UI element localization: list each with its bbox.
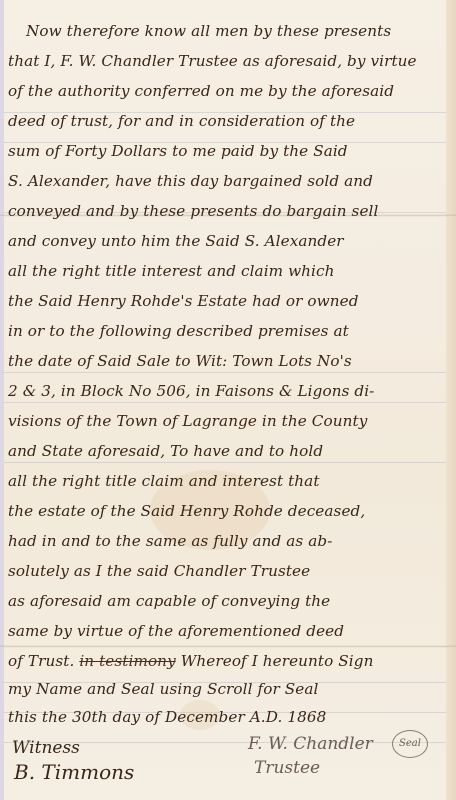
text-line: deed of trust, for and in consideration … [8, 112, 448, 130]
text-line: that I, F. W. Chandler Trustee as afores… [8, 52, 448, 70]
text-line: and convey unto him the Said S. Alexande… [8, 232, 448, 250]
text-line: of the authority conferred on me by the … [8, 82, 448, 100]
text-line: and State aforesaid, To have and to hold [8, 442, 448, 460]
text-line: as aforesaid am capable of conveying the [8, 592, 448, 610]
seal-scroll: Seal [392, 730, 428, 758]
text-line-testimony: of Trust. in testimony Whereof I hereunt… [8, 652, 448, 670]
text-line: solutely as I the said Chandler Trustee [8, 562, 448, 580]
deed-page: Now therefore know all men by these pres… [0, 0, 456, 800]
text-line: the estate of the Said Henry Rohde decea… [8, 502, 448, 520]
text-line: all the right title claim and interest t… [8, 472, 448, 490]
text-line: all the right title interest and claim w… [8, 262, 448, 280]
text-line: the Said Henry Rohde's Estate had or own… [8, 292, 448, 310]
text-line: visions of the Town of Lagrange in the C… [8, 412, 448, 430]
trustee-signature: F. W. Chandler [248, 734, 373, 754]
text-line: sum of Forty Dollars to me paid by the S… [8, 142, 448, 160]
trustee-title: Trustee [254, 758, 320, 778]
text-line: my Name and Seal using Scroll for Seal [8, 680, 448, 698]
witness-signature-1: B. Timmons [14, 760, 134, 784]
text-line: 2 & 3, in Block No 506, in Faisons & Lig… [8, 382, 448, 400]
paper-fold [0, 645, 456, 648]
text-line: conveyed and by these presents do bargai… [8, 202, 448, 220]
witness-label: Witness [12, 738, 80, 758]
trust-suffix: Whereof I hereunto Sign [181, 652, 374, 670]
text-line: had in and to the same as fully and as a… [8, 532, 448, 550]
trust-prefix: of Trust. [8, 652, 74, 670]
text-line: the date of Said Sale to Wit: Town Lots … [8, 352, 448, 370]
text-line: S. Alexander, have this day bargained so… [8, 172, 448, 190]
text-line: Now therefore know all men by these pres… [26, 22, 456, 40]
ruled-line [4, 462, 446, 463]
text-line-date: this the 30th day of December A.D. 1868 [8, 708, 448, 726]
text-line: same by virtue of the aforementioned dee… [8, 622, 448, 640]
text-line: in or to the following described premise… [8, 322, 448, 340]
page-left-edge [0, 0, 4, 800]
ruled-line [4, 372, 446, 373]
struck-text: in testimony [79, 652, 175, 670]
ruled-line [4, 402, 446, 403]
